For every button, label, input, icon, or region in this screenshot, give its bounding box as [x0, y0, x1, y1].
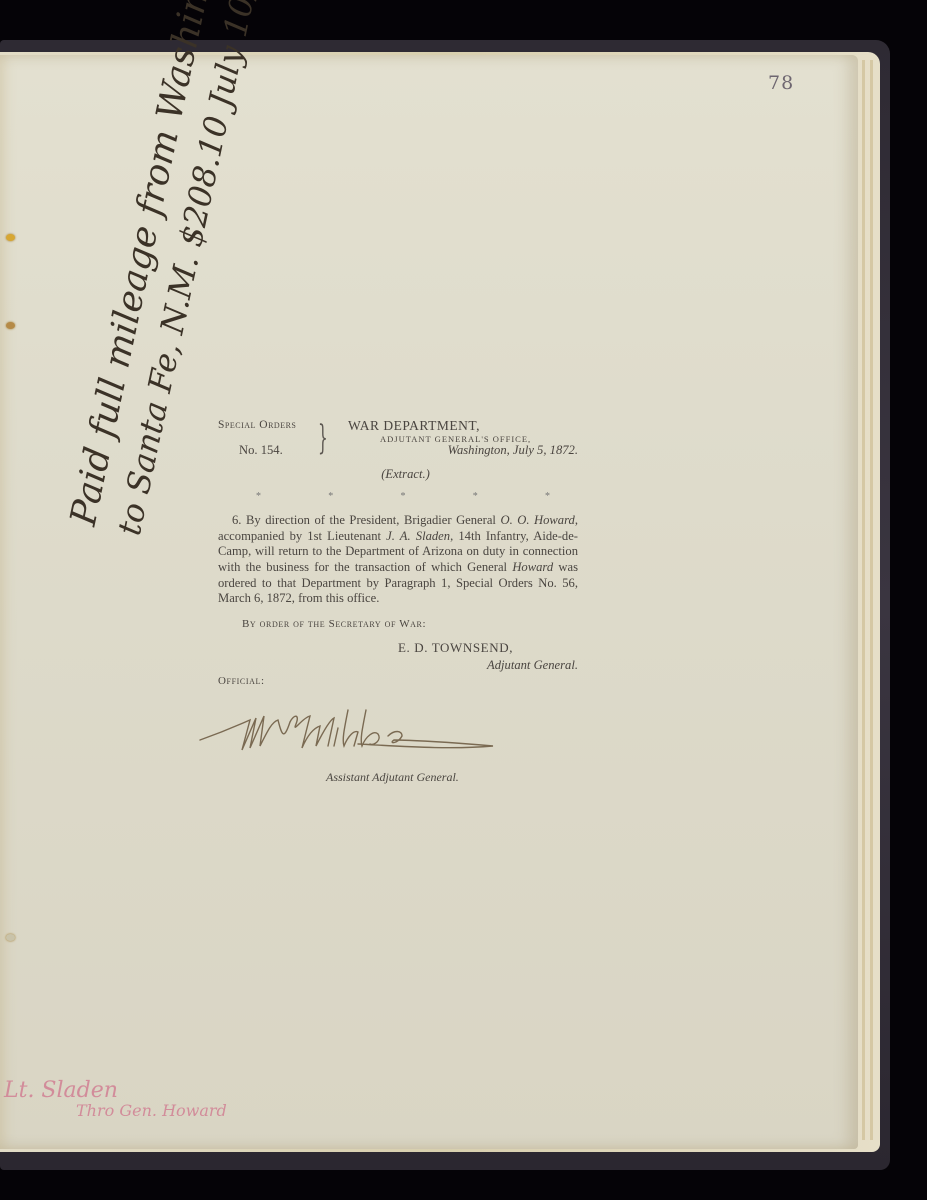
- paragraph-text: 6. By direction of the President, Brigad…: [232, 513, 500, 527]
- page-edge-line: [862, 60, 865, 1140]
- binding-hole: [6, 234, 15, 241]
- special-orders-document: Special Orders No. 154. } WAR DEPARTMENT…: [218, 418, 578, 689]
- pink-note-line-1: Lt. Sladen: [4, 1078, 227, 1103]
- star-icon: *: [328, 489, 333, 505]
- star-icon: *: [256, 489, 261, 505]
- extract-label: (Extract.): [218, 467, 578, 483]
- person-name: O. O. Howard: [500, 513, 574, 527]
- pink-note-line-2: Thro Gen. Howard: [4, 1101, 227, 1120]
- order-number: No. 154.: [239, 443, 283, 459]
- person-name: J. A. Sladen: [386, 529, 450, 543]
- by-order-line: By order of the Secretary of War:: [218, 617, 578, 633]
- order-paragraph: 6. By direction of the President, Brigad…: [218, 513, 578, 607]
- binding-hole: [6, 322, 15, 329]
- signer-name: E. D. TOWNSEND,: [218, 640, 578, 656]
- document-header: Special Orders No. 154. } WAR DEPARTMENT…: [218, 418, 578, 462]
- brace-icon: }: [318, 418, 328, 458]
- place-date: Washington, July 5, 1872.: [448, 443, 578, 459]
- star-icon: *: [545, 489, 550, 505]
- person-name: Howard: [512, 560, 553, 574]
- official-label: Official:: [218, 674, 578, 690]
- assistant-title: Assistant Adjutant General.: [326, 770, 459, 786]
- special-orders-label: Special Orders: [218, 418, 296, 434]
- ellipsis-stars: * * * * *: [218, 483, 578, 505]
- star-icon: *: [473, 489, 478, 505]
- binding-hole: [6, 934, 15, 941]
- pink-pencil-note: Lt. Sladen Thro Gen. Howard: [4, 1078, 227, 1120]
- star-icon: *: [401, 489, 406, 505]
- signer-title: Adjutant General.: [218, 658, 578, 674]
- page-number: 78: [768, 72, 794, 94]
- page-edge-line: [870, 60, 873, 1140]
- handwritten-signature: [198, 700, 498, 770]
